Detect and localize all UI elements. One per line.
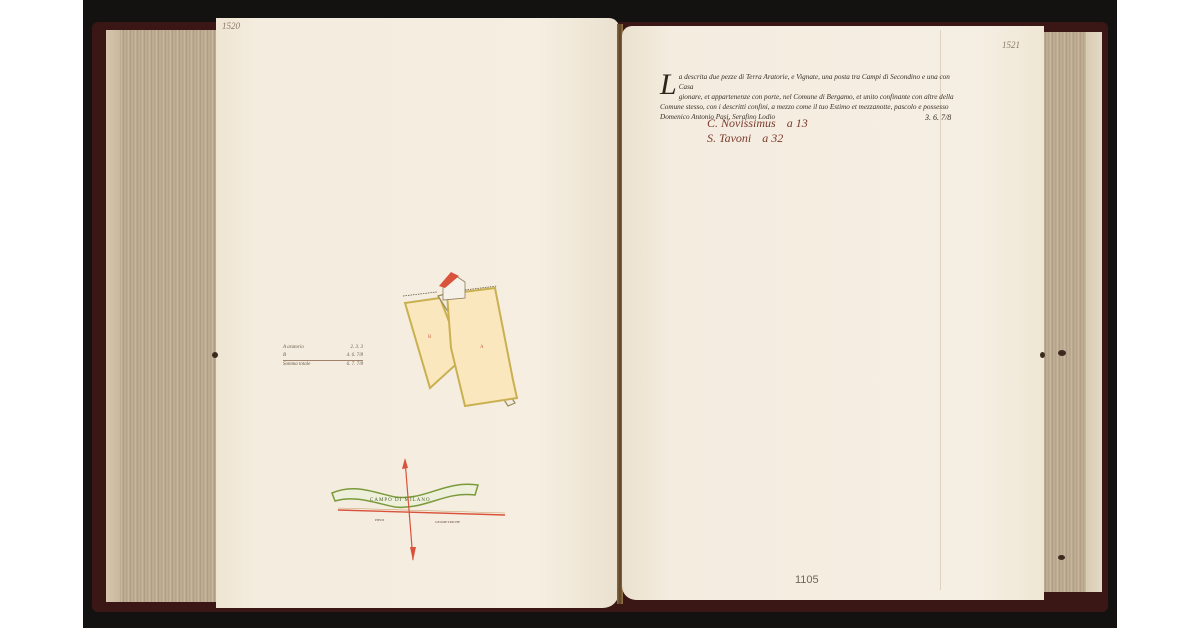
right-fore-edge xyxy=(1042,32,1086,592)
parcel-map: B A xyxy=(395,268,525,418)
clasp-mark xyxy=(1058,350,1066,356)
scale-banner xyxy=(332,484,478,507)
ledger-row: A aratorio 2. 3. 3 xyxy=(283,344,363,352)
ledger-row: B 4. 6. 7/8 xyxy=(283,352,363,360)
left-board-edge xyxy=(106,30,120,602)
entry-line: Domenico Antonio Pasi, Serafino Lodio xyxy=(660,112,960,122)
entry-line: Comune stesso, con i descritti confini, … xyxy=(660,102,960,112)
archive-stamp: 1105 xyxy=(795,574,819,586)
svg-text:PIEDI: PIEDI xyxy=(375,518,385,522)
ledger-total-row: Somma totale 6. 7. 7/8 xyxy=(283,360,363,369)
entry-line: gionare, et appartenenze con porte, nel … xyxy=(660,92,960,102)
record-entry: L a descrita due pezze di Terra Aratorie… xyxy=(660,72,960,122)
banner-text: CAMPO DI MILANO xyxy=(370,498,431,503)
right-folio-number: 1521 xyxy=(1002,40,1020,50)
north-arrow-icon xyxy=(402,458,416,561)
right-board-edge xyxy=(1086,32,1102,592)
svg-text:GEOMETRICHE: GEOMETRICHE xyxy=(435,520,460,524)
decorated-initial: L xyxy=(660,72,677,98)
left-fore-edge xyxy=(106,30,218,602)
area-ledger: A aratorio 2. 3. 3 B 4. 6. 7/8 Somma tot… xyxy=(283,344,363,369)
measure-row: C. Novissimus a 13 xyxy=(707,116,808,131)
parcel-a-label: A xyxy=(480,345,484,350)
entry-amount: 3. 6. 7/8 xyxy=(925,113,951,122)
entry-line: a descrita due pezze di Terra Aratorie, … xyxy=(660,72,960,92)
clasp-mark xyxy=(212,352,218,358)
clasp-mark xyxy=(1040,352,1045,358)
left-folio-number: 1520 xyxy=(222,21,240,31)
parcel-a: A xyxy=(447,288,517,406)
farmhouse-icon xyxy=(439,272,465,300)
measure-row: S. Tavoni a 32 xyxy=(707,131,783,146)
compass-scale: CAMPO DI MILANO PIEDI GEOMETRICHE xyxy=(330,455,510,570)
clasp-mark xyxy=(1058,555,1065,560)
